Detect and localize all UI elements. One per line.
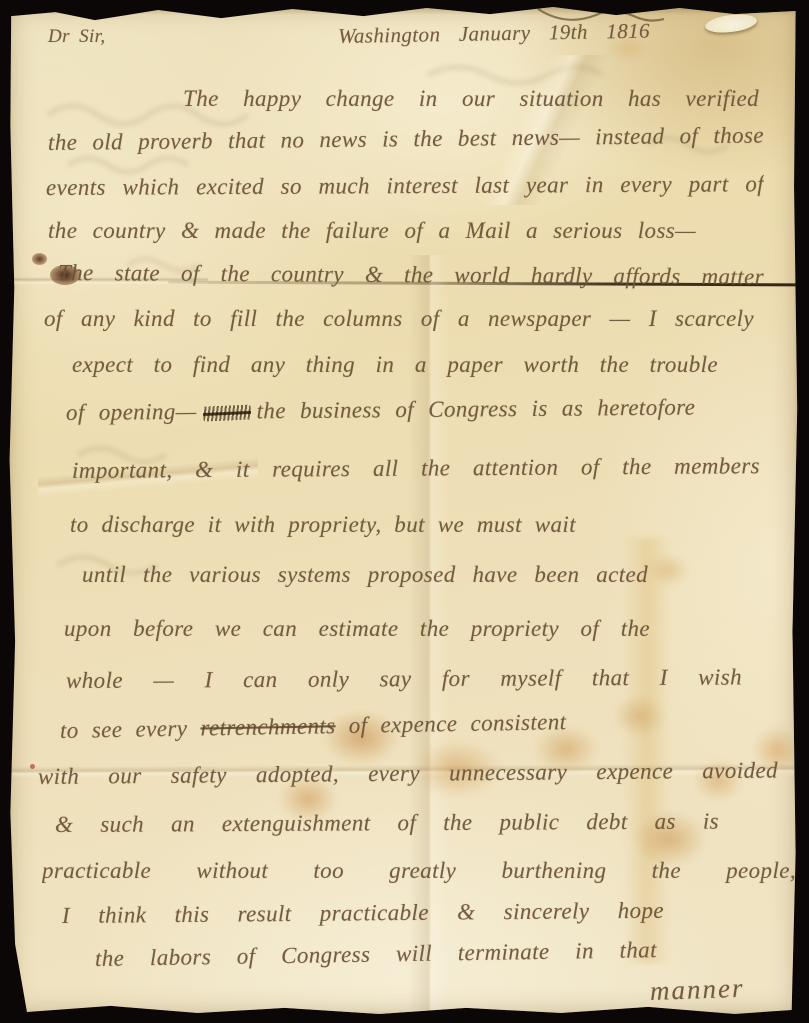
letter-line: practicable without too greatly burtheni… <box>42 858 796 888</box>
letter-line: to discharge it with propriety, but we m… <box>70 512 576 542</box>
red-speck <box>30 764 35 769</box>
letter-salutation: Dr Sir, <box>48 26 105 48</box>
letter-line: important, & it requires all the attenti… <box>72 453 760 488</box>
letter-line: whole — I can only say for myself that I… <box>66 664 742 698</box>
letter-line: I think this result practicable & sincer… <box>62 898 664 933</box>
letter-line-fragment: the business of Congress is as heretofor… <box>256 395 695 424</box>
letter-line: events which excited so much interest la… <box>46 171 764 205</box>
letter-paper: Dr Sir, Washington January 19th 1816 The… <box>8 5 798 1015</box>
letter-line: The state of the country & the world har… <box>58 260 764 294</box>
letter-line: upon before we can estimate the propriet… <box>64 616 650 646</box>
letter-line: & such an extenguishment of the public d… <box>55 809 719 842</box>
letter-line: of opening—the business of Congress is a… <box>66 395 696 426</box>
struck-through-word: retrenchments <box>200 713 335 740</box>
scan-background: { "scan": { "background_color": "#0a0706… <box>0 0 809 1023</box>
letter-line: until the various systems proposed have … <box>82 562 648 592</box>
ink-blot <box>32 253 47 265</box>
water-stain <box>612 695 666 737</box>
letter-line: The happy change in our situation has ve… <box>183 86 759 116</box>
letter-line: the country & made the failure of a Mail… <box>48 218 696 248</box>
letter-line: expect to find any thing in a paper wort… <box>72 352 718 382</box>
letter-line-fragment: to see every <box>60 716 188 743</box>
letter-closing-word: manner <box>649 973 745 1007</box>
water-stain <box>646 553 690 587</box>
letter-line-fragment: of opening— <box>66 399 197 425</box>
letter-line: of any kind to fill the columns of a new… <box>44 306 754 336</box>
crossed-out-scribble <box>202 405 251 422</box>
letter-line-fragment: of expence consistent <box>348 709 566 738</box>
letter-dateline: Washington January 19th 1816 <box>338 19 650 54</box>
